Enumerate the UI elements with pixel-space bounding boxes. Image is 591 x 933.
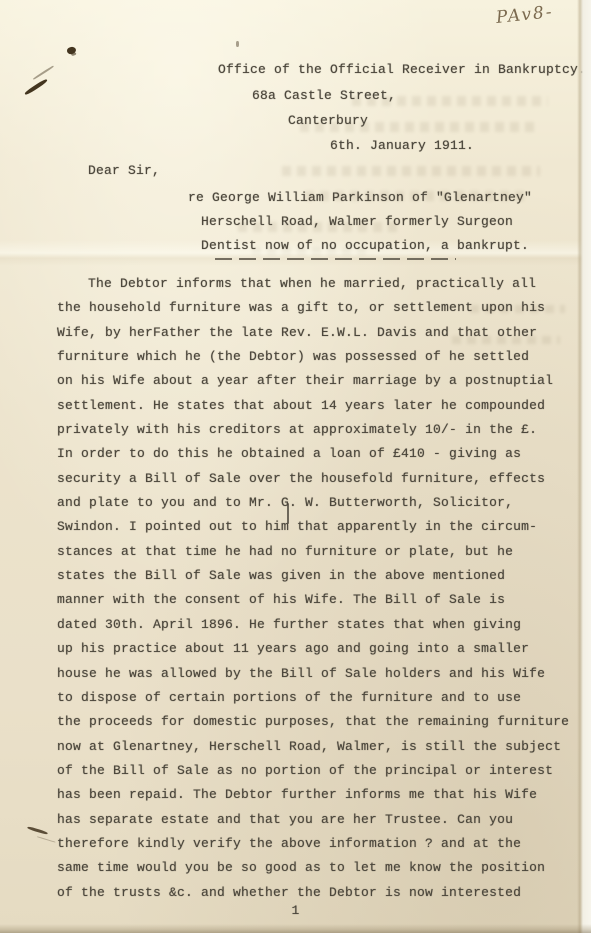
body-line: to dispose of certain portions of the fu… xyxy=(57,686,569,710)
body-line: up his practice about 11 years ago and g… xyxy=(57,637,569,661)
body-line: the household furniture was a gift to, o… xyxy=(57,296,569,320)
body-line: and plate to you and to Mr. G. W. Butter… xyxy=(57,491,569,515)
salutation: Dear Sir, xyxy=(88,163,160,178)
body-line: on his Wife about a year after their mar… xyxy=(57,369,569,393)
body-line: house he was allowed by the Bill of Sale… xyxy=(57,662,569,686)
body-line: Swindon. I pointed out to him that appar… xyxy=(57,515,569,539)
body-line: states the Bill of Sale was given in the… xyxy=(57,564,569,588)
subject-underline xyxy=(215,258,456,260)
body-line: has been repaid. The Debtor further info… xyxy=(57,783,569,807)
letterhead-date-line: 6th. January 1911. xyxy=(330,138,474,153)
subject-line-1: re George William Parkinson of "Glenartn… xyxy=(188,190,532,205)
body-line: furniture which he (the Debtor) was poss… xyxy=(57,345,569,369)
letterhead-street-line: 68a Castle Street, xyxy=(252,88,396,103)
body-line: has separate estate and that you are her… xyxy=(57,808,569,832)
body-line: In order to do this he obtained a loan o… xyxy=(57,442,569,466)
body-line: same time would you be so good as to let… xyxy=(57,856,569,880)
body-line: manner with the consent of his Wife. The… xyxy=(57,588,569,612)
letterhead-city-line: Canterbury xyxy=(288,113,368,128)
paper-bottom-edge xyxy=(0,924,591,933)
letter-content: Office of the Official Receiver in Bankr… xyxy=(0,0,591,933)
subject-line-3: Dentist now of no occupation, a bankrupt… xyxy=(201,238,529,253)
body-line: of the Bill of Sale as no portion of the… xyxy=(57,759,569,783)
body-line: now at Glenartney, Herschell Road, Walme… xyxy=(57,735,569,759)
body-line: dated 30th. April 1896. He further state… xyxy=(57,613,569,637)
paper-right-edge xyxy=(577,0,591,933)
scanned-letter-page: PAv8- Office of the Official Receiver in… xyxy=(0,0,591,933)
subject-line-2: Herschell Road, Walmer formerly Surgeon xyxy=(201,214,513,229)
body-line: The Debtor informs that when he married,… xyxy=(57,272,569,296)
body-line: of the trusts &c. and whether the Debtor… xyxy=(57,881,569,905)
body-line: settlement. He states that about 14 year… xyxy=(57,394,569,418)
letterhead-office-line: Office of the Official Receiver in Bankr… xyxy=(218,62,586,77)
body-line: therefore kindly verify the above inform… xyxy=(57,832,569,856)
body-line: stances at that time he had no furniture… xyxy=(57,540,569,564)
letter-body: The Debtor informs that when he married,… xyxy=(57,272,569,905)
body-line: Wife, by herFather the late Rev. E.W.L. … xyxy=(57,321,569,345)
body-line: security a Bill of Sale over the housefo… xyxy=(57,467,569,491)
page-number: 1 xyxy=(0,903,591,918)
body-line: the proceeds for domestic purposes, that… xyxy=(57,710,569,734)
body-line: privately with his creditors at approxim… xyxy=(57,418,569,442)
